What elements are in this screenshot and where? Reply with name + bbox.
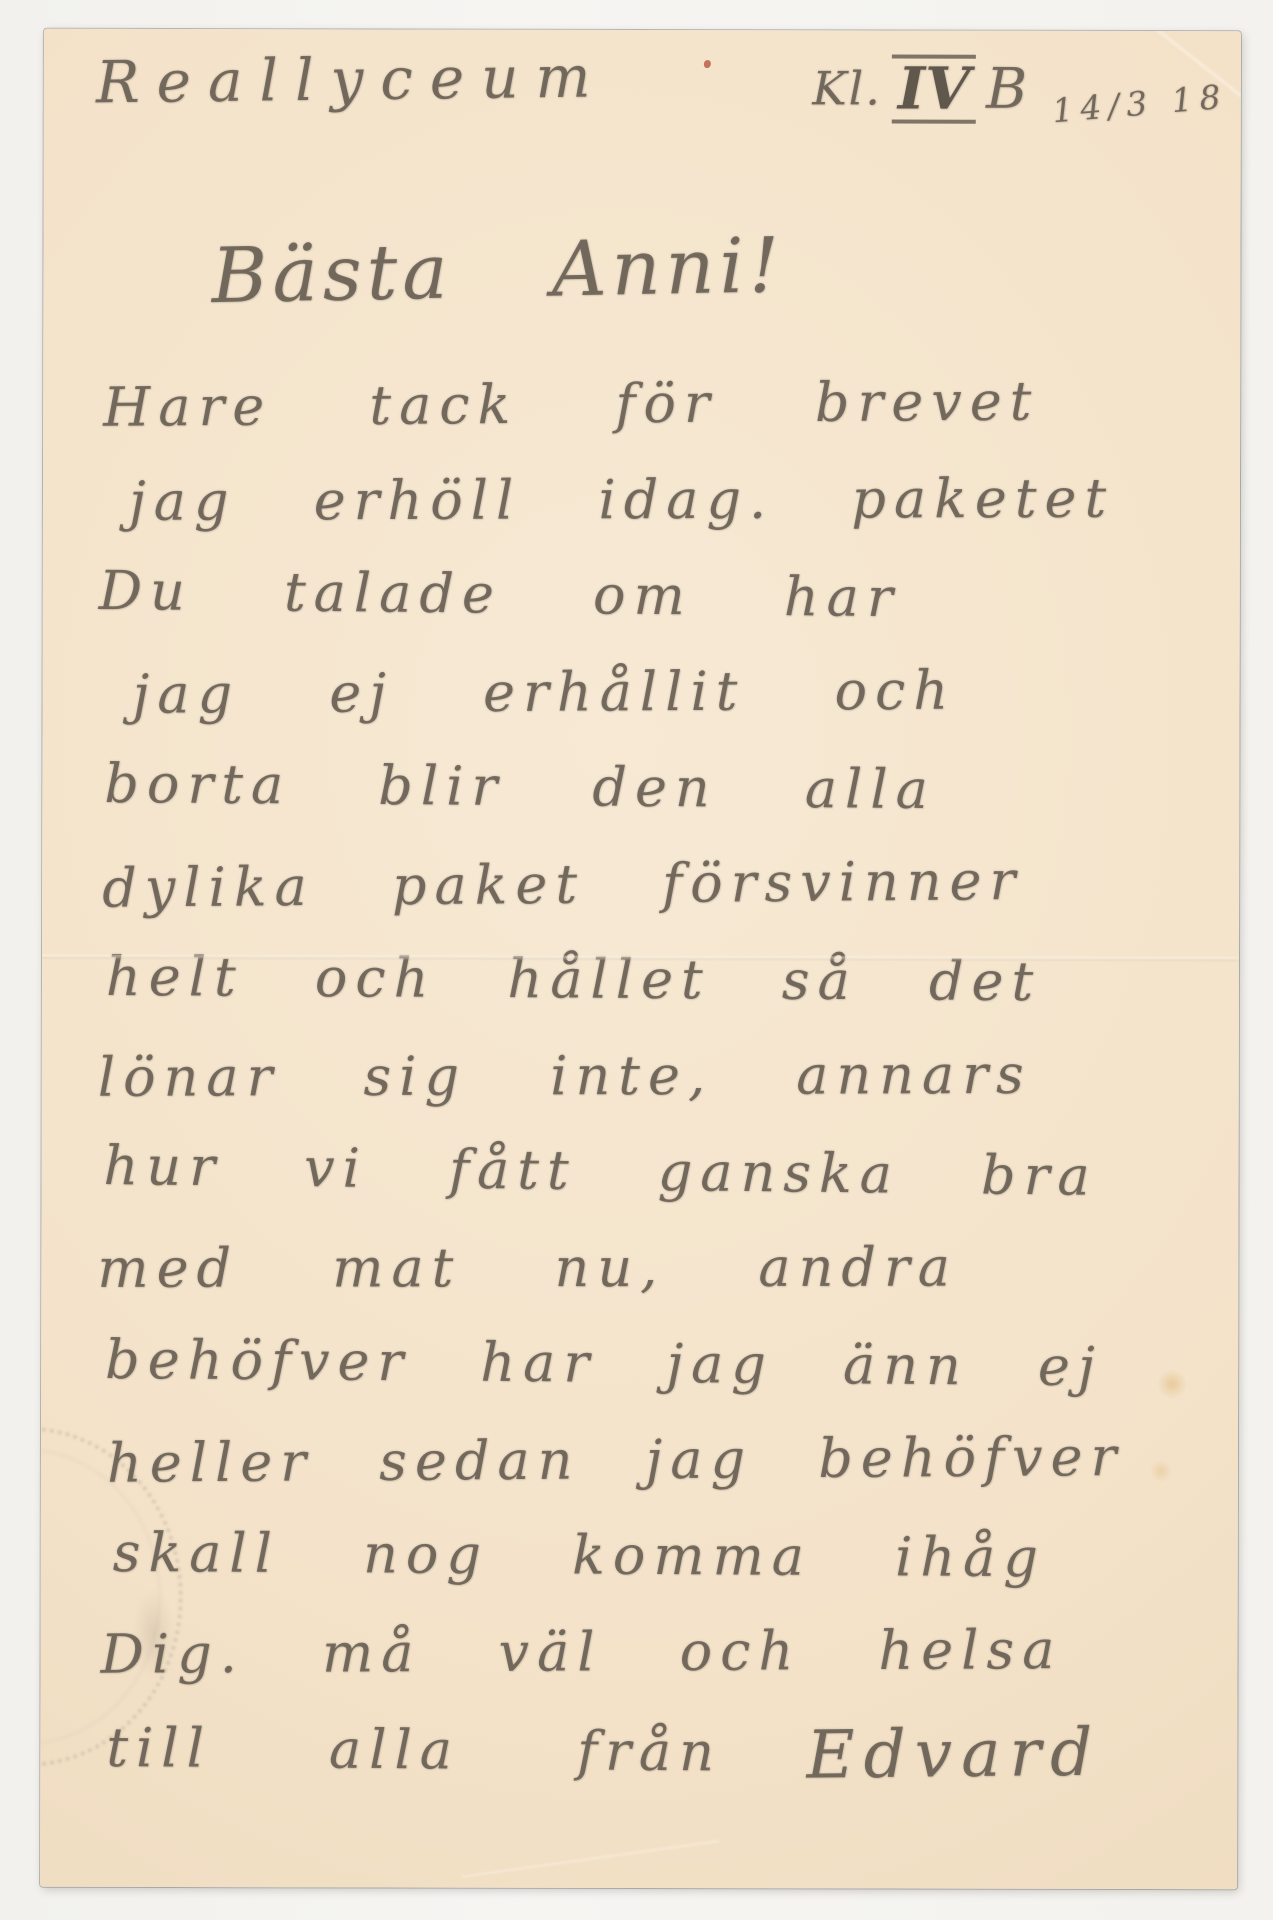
letter-line: borta blir den alla — [104, 736, 1220, 840]
letter-line: behöfver har jag änn ej — [105, 1312, 1219, 1416]
signature: Edvard — [805, 1705, 1101, 1804]
letter-body: Hare tack för brevet jag erhöll idag. pa… — [96, 355, 1220, 1797]
salutation: Bästa Anni! — [211, 220, 785, 320]
letter-line: hur vi fått ganska bra — [103, 1118, 1219, 1226]
header-class-letter: B — [986, 57, 1027, 122]
letter-line: jag ej erhållit och — [132, 641, 1219, 742]
bottom-crease — [461, 1840, 719, 1878]
letter-line: Du talade om har — [98, 543, 1220, 649]
letter-line: lönar sig inte, annars — [98, 1026, 1219, 1126]
paper-stain — [1150, 1459, 1172, 1483]
letter-closing-line: till alla frånEdvard — [106, 1696, 1218, 1800]
header-class-abbr: Kl. — [812, 62, 882, 116]
letter-line: jag erhöll idag. paketet — [129, 450, 1220, 549]
postmark-smudge — [132, 1589, 174, 1679]
header-school-name: Reallyceum — [95, 42, 607, 116]
header-date: 14/3 18 — [1051, 77, 1229, 131]
letter-line: skall nog komma ihåg — [112, 1505, 1218, 1607]
letter-line: med mat nu, andra — [97, 1219, 1218, 1317]
paper-stain — [1158, 1367, 1186, 1401]
scan-background: { "header": { "school": "Reallyceum", "c… — [0, 0, 1273, 1920]
letter-line: helt och hållet så det — [106, 929, 1220, 1031]
letter-line: heller sedan jag behöfver — [107, 1408, 1219, 1511]
letter-line: dylika paket försvinner — [102, 831, 1220, 936]
postcard: Reallyceum Kl. IV B 14/3 18 Bästa Anni! … — [40, 29, 1241, 1890]
letter-header: Reallyceum Kl. IV B 14/3 18 — [96, 45, 1227, 124]
header-class-group: Kl. IV B 14/3 18 — [812, 46, 1227, 124]
letter-line: Hare tack för brevet — [103, 352, 1221, 455]
letter-line: Dig. må väl och helsa — [100, 1601, 1217, 1702]
closing-words: till alla från — [106, 1716, 722, 1784]
header-class-roman-numeral: IV — [892, 55, 976, 124]
